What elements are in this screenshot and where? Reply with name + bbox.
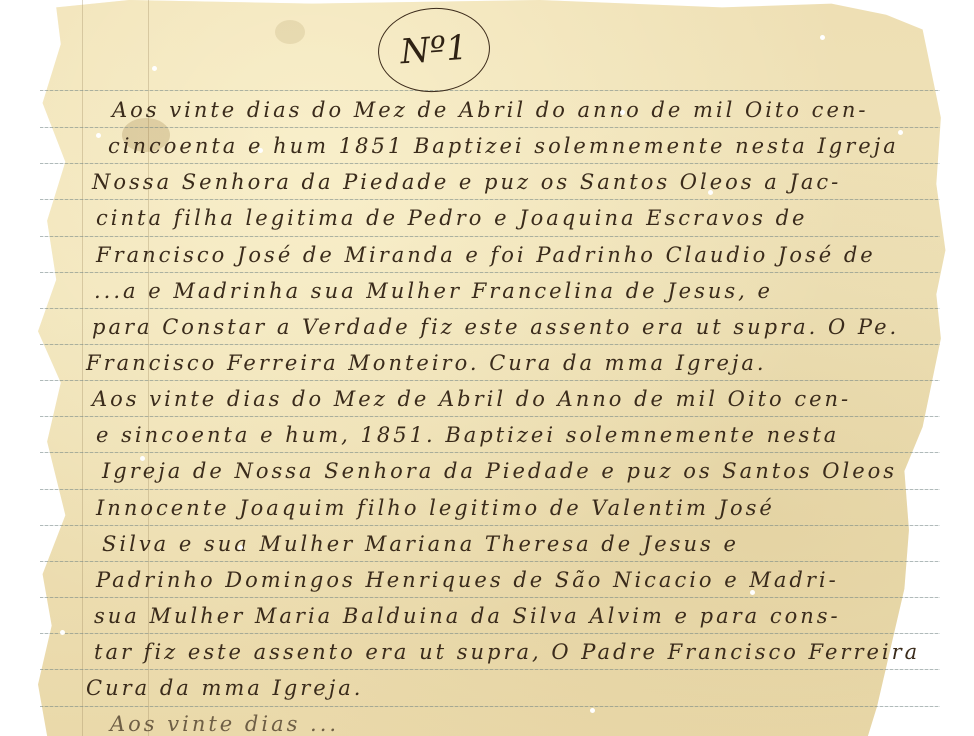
paper-hole <box>898 130 903 135</box>
ruling-line <box>40 561 940 562</box>
ruling-line <box>40 706 940 707</box>
ruling-line <box>40 90 940 91</box>
ruling-line <box>40 272 940 273</box>
ruling-line <box>40 308 940 309</box>
paper-hole <box>620 110 625 115</box>
entry-1-line-8: Francisco Ferreira Monteiro. Cura da mma… <box>86 351 767 375</box>
entry-2-line-5: Silva e sua Mulher Mariana Theresa de Je… <box>102 532 739 556</box>
paper-hole <box>152 66 157 71</box>
entry-1-line-6: ...a e Madrinha sua Mulher Francelina de… <box>94 279 773 303</box>
entry-2-line-7: sua Mulher Maria Balduina da Silva Alvim… <box>94 604 841 628</box>
entry-1-line-4: cinta filha legitima de Pedro e Joaquina… <box>96 206 807 230</box>
document-page: Nº1 Aos vinte dias do Mez de Abril do an… <box>0 0 974 736</box>
ruling-line <box>40 633 940 634</box>
ruling-line <box>40 236 940 237</box>
paper-hole <box>96 133 101 138</box>
partial-line-bottom: Aos vinte dias ... <box>110 712 339 736</box>
ruling-line <box>40 452 940 453</box>
ruling-line <box>40 525 940 526</box>
entry-2-line-2: e sincoenta e hum, 1851. Baptizei solemn… <box>96 423 839 447</box>
entry-2-line-9: Cura da mma Igreja. <box>86 676 363 700</box>
paper-hole <box>238 545 243 550</box>
entry-1-line-1: Aos vinte dias do Mez de Abril do anno d… <box>112 98 869 122</box>
entry-1-line-5: Francisco José de Miranda e foi Padrinho… <box>96 243 876 267</box>
margin-line <box>82 0 83 736</box>
paper-hole <box>60 630 65 635</box>
entry-2-line-8: tar fiz este assento era ut supra, O Pad… <box>94 640 920 664</box>
ruling-line <box>40 597 940 598</box>
ruling-line <box>40 489 940 490</box>
ruling-line <box>40 163 940 164</box>
paper-hole <box>750 590 755 595</box>
ruling-line <box>40 199 940 200</box>
entry-1-line-3: Nossa Senhora da Piedade e puz os Santos… <box>92 170 841 194</box>
paper-hole <box>820 35 825 40</box>
paper-hole <box>258 148 263 153</box>
ruling-line <box>40 669 940 670</box>
ruling-line <box>40 380 940 381</box>
entry-2-line-4: Innocente Joaquim filho legitimo de Vale… <box>96 496 775 520</box>
entry-1-line-2: cincoenta e hum 1851 Baptizei solemnemen… <box>108 134 899 158</box>
paper-hole <box>590 708 595 713</box>
paper-hole <box>708 190 713 195</box>
ruling-line <box>40 416 940 417</box>
entry-2-line-1: Aos vinte dias do Mez de Abril do Anno d… <box>92 387 851 411</box>
entry-1-line-7: para Constar a Verdade fiz este assento … <box>92 315 899 339</box>
paper-hole <box>140 456 145 461</box>
ruling-line <box>40 127 940 128</box>
ruling-line <box>40 344 940 345</box>
entry-2-line-3: Igreja de Nossa Senhora da Piedade e puz… <box>102 459 897 483</box>
stain <box>275 20 305 44</box>
page-number: Nº1 <box>399 28 469 73</box>
entry-2-line-6: Padrinho Domingos Henriques de São Nicac… <box>96 568 839 592</box>
